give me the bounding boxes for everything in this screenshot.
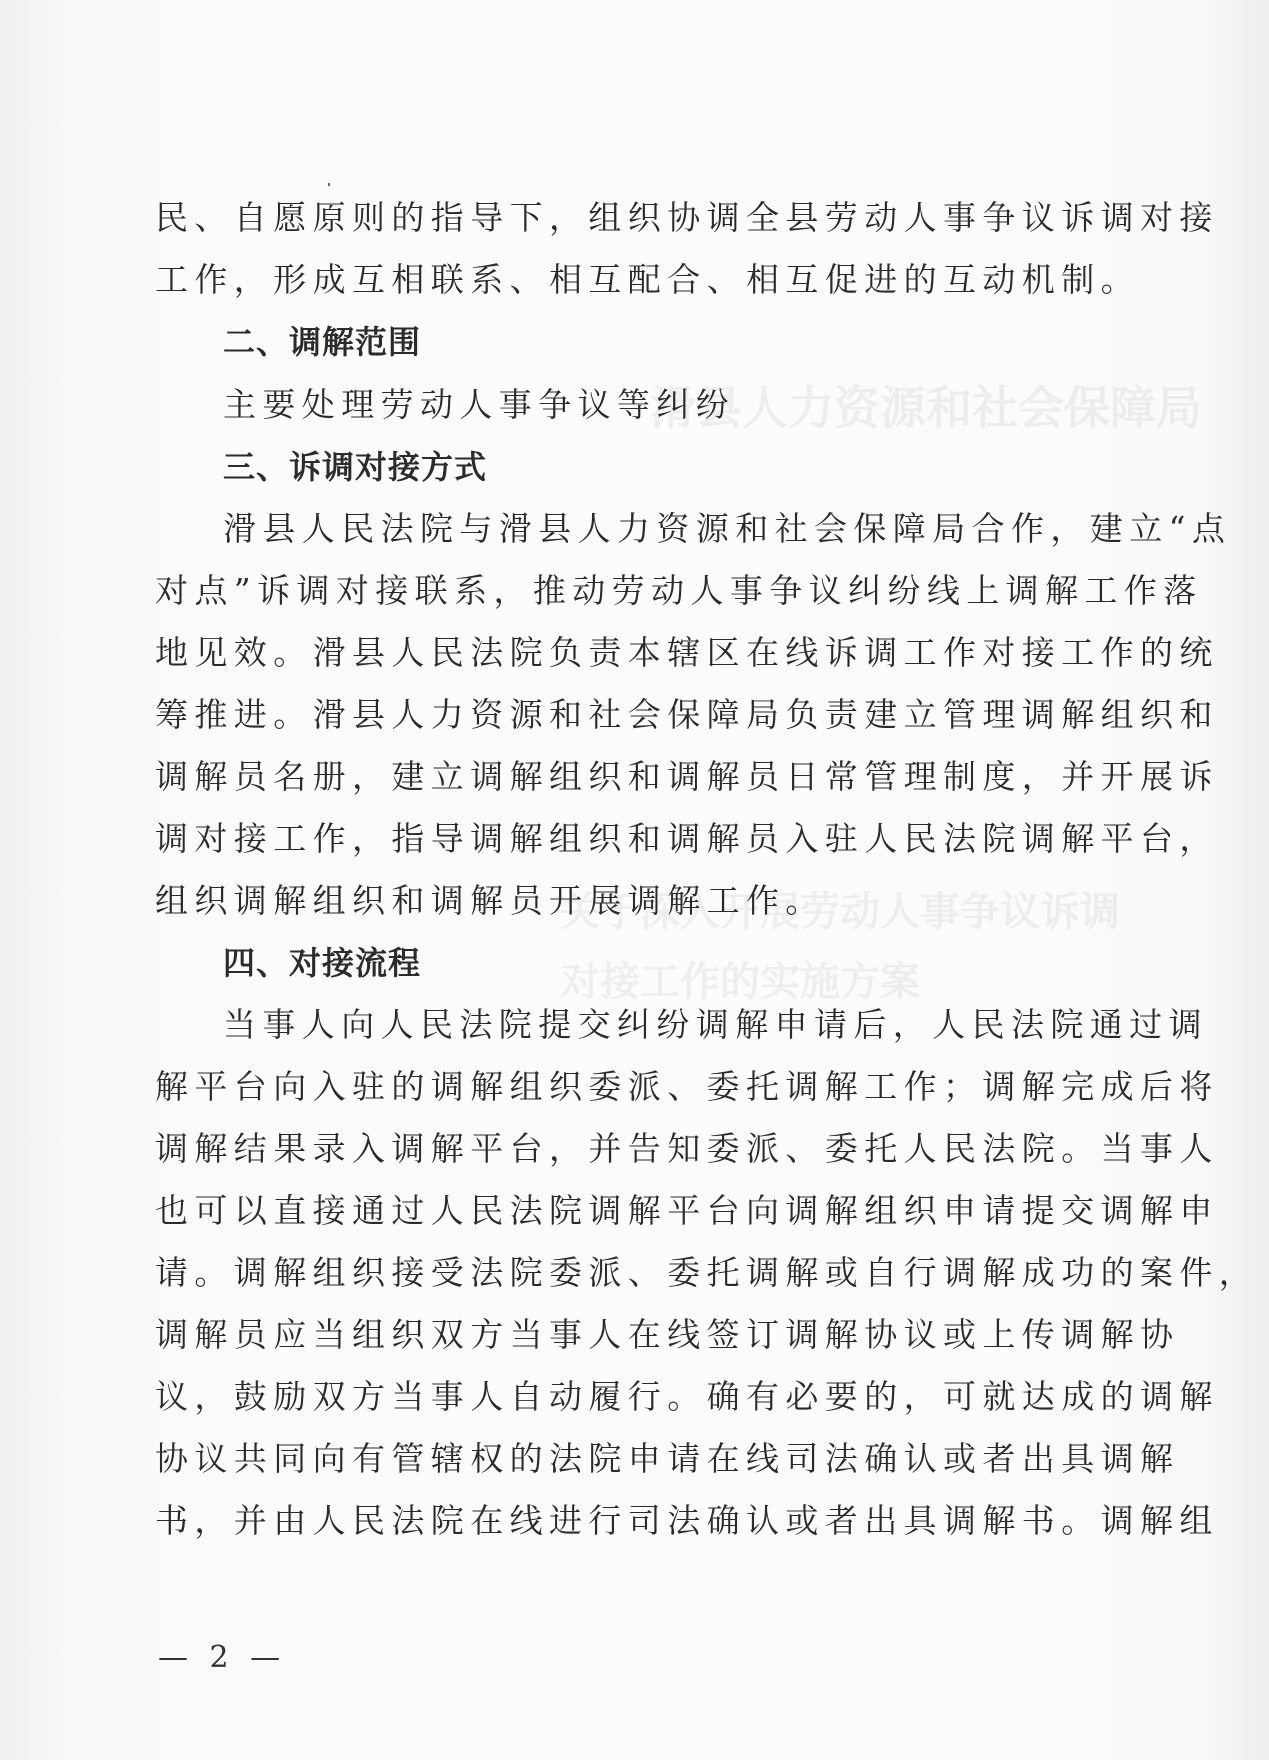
page-number: — 2 — [158,1640,286,1675]
bleed-through-text: 对接工作的实施方案 [560,950,920,1007]
body-line: 请。调解组织接受法院委派、委托调解或自行调解成功的案件， [155,1253,1258,1293]
body-line: 地见效。滑县人民法院负责本辖区在线诉调工作对接工作的统 [155,633,1219,673]
body-line: 当事人向人民法院提交纠纷调解申请后，人民法院通过调 [223,1005,1208,1045]
body-line: 工作，形成互相联系、相互配合、相互促进的互动机制。 [155,260,1140,300]
section-heading-process: 四、对接流程 [223,943,421,983]
body-line: 调解结果录入调解平台，并告知委派、委托人民法院。当事人 [155,1129,1219,1169]
body-line: 协议共同向有管辖权的法院申请在线司法确认或者出具调解 [155,1439,1179,1479]
body-line: 组织调解组织和调解员开展调解工作。 [155,881,825,921]
body-line: 议，鼓励双方当事人自动履行。确有必要的，可就达成的调解 [155,1377,1219,1417]
body-line: 滑县人民法院与滑县人力资源和社会保障局合作，建立“点 [223,509,1231,549]
body-line: 调对接工作，指导调解组织和调解员入驻人民法院调解平台， [155,819,1219,859]
body-line: 书，并由人民法院在线进行司法确认或者出具调解书。调解组 [155,1501,1219,1541]
body-line: 解平台向入驻的调解组织委派、委托调解工作；调解完成后将 [155,1067,1219,1107]
body-line: 对点”诉调对接联系，推动劳动人事争议纠纷线上调解工作落 [155,571,1203,611]
body-line: 筹推进。滑县人力资源和社会保障局负责建立管理调解组织和 [155,695,1219,735]
section-heading-method: 三、诉调对接方式 [223,447,487,487]
body-line: 调解员应当组织双方当事人在线签订调解协议或上传调解协 [155,1315,1179,1355]
body-line: 也可以直接通过人民法院调解平台向调解组织申请提交调解申 [155,1191,1219,1231]
document-page: 滑县人力资源和社会保障局 关于深入开展劳动人事争议诉调 对接工作的实施方案 民、… [0,0,1269,1760]
body-line: 调解员名册，建立调解组织和调解员日常管理制度，并开展诉 [155,757,1219,797]
section-heading-scope: 二、调解范围 [223,322,421,362]
body-line: 主要处理劳动人事争议等纠纷 [223,385,735,425]
scan-speck [328,183,330,186]
body-line: 民、自愿原则的指导下，组织协调全县劳动人事争议诉调对接 [155,198,1219,238]
